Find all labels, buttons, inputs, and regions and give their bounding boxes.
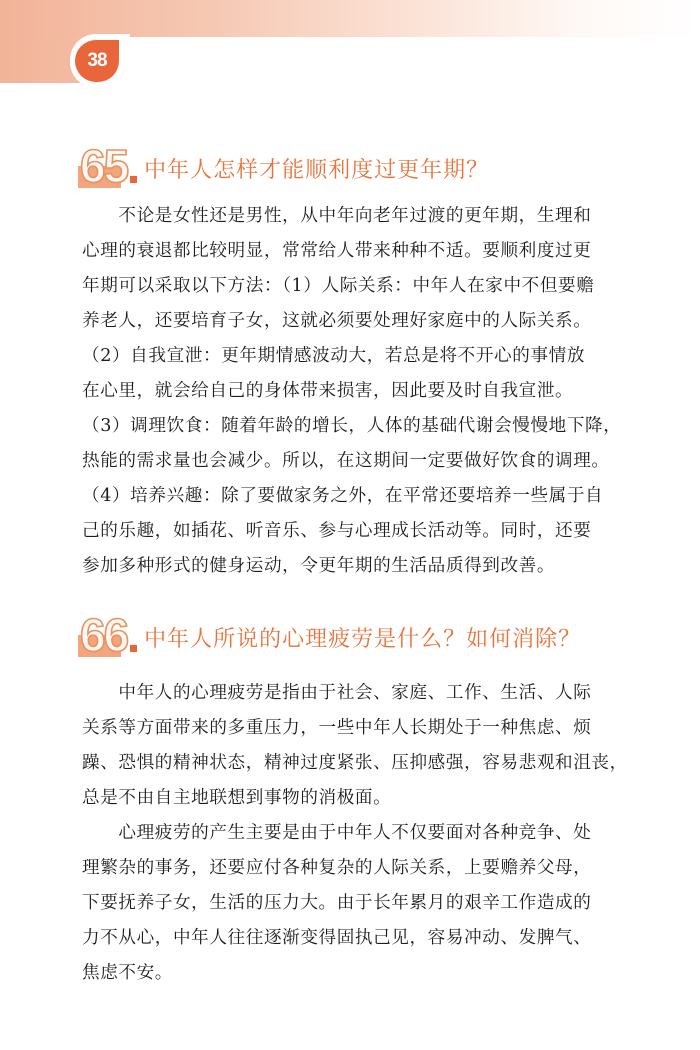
- section-title: 中年人怎样才能顺利度过更年期？: [144, 156, 489, 186]
- section-number: 65: [78, 144, 127, 188]
- section-heading-66: 66 中年人所说的心理疲劳是什么？如何消除？: [78, 611, 581, 657]
- body-line: 下要抚养子女，生活的压力大。由于长年累月的艰辛工作造成的: [82, 886, 614, 921]
- body-line: 力不从心，中年人往往逐渐变得固执己见，容易冲动、发脾气、: [82, 921, 614, 956]
- header-band: [0, 0, 700, 37]
- section-number-block: 66: [78, 613, 127, 657]
- body-line: 参加多种形式的健身运动，令更年期的生活品质得到改善。: [82, 549, 614, 584]
- body-line: 焦虑不安。: [82, 956, 614, 991]
- section-heading-65: 65 中年人怎样才能顺利度过更年期？: [78, 142, 489, 188]
- section-number-dot-icon: [129, 644, 138, 653]
- section-number: 66: [78, 613, 127, 657]
- section-body-66: 中年人的心理疲劳是指由于社会、家庭、工作、生活、人际 关系等方面带来的多重压力，…: [82, 676, 614, 991]
- body-line: （4）培养兴趣：除了要做家务之外，在平常还要培养一些属于自: [82, 479, 614, 514]
- body-line: 理繁杂的事务，还要应付各种复杂的人际关系，上要赡养父母，: [82, 851, 614, 886]
- section-title: 中年人所说的心理疲劳是什么？如何消除？: [144, 625, 581, 655]
- body-line: 养老人，还要培育子女，这就必须要处理好家庭中的人际关系。: [82, 304, 614, 339]
- page-number: 38: [87, 50, 106, 72]
- section-number-dot-icon: [129, 175, 138, 184]
- body-line: 热能的需求量也会减少。所以，在这期间一定要做好饮食的调理。: [82, 444, 614, 479]
- body-line: 躁、恐惧的精神状态，精神过度紧张、压抑感强，容易悲观和沮丧，: [82, 746, 614, 781]
- body-line: 心理的衰退都比较明显，常常给人带来种种不适。要顺利度过更: [82, 234, 614, 269]
- body-line: （3）调理饮食：随着年龄的增长，人体的基础代谢会慢慢地下降，: [82, 409, 614, 444]
- body-line: （2）自我宣泄：更年期情感波动大，若总是将不开心的事情放: [82, 339, 614, 374]
- section-number-block: 65: [78, 144, 127, 188]
- body-line: 己的乐趣，如插花、听音乐、参与心理成长活动等。同时，还要: [82, 514, 614, 549]
- section-body-65: 不论是女性还是男性，从中年向老年过渡的更年期，生理和 心理的衰退都比较明显，常常…: [82, 199, 614, 584]
- body-line: 年期可以采取以下方法：（1）人际关系：中年人在家中不但要赡: [82, 269, 614, 304]
- body-line: 中年人的心理疲劳是指由于社会、家庭、工作、生活、人际: [82, 676, 614, 711]
- body-line: 在心里，就会给自己的身体带来损害，因此要及时自我宣泄。: [82, 374, 614, 409]
- body-line: 总是不由自主地联想到事物的消极面。: [82, 781, 614, 816]
- body-line: 不论是女性还是男性，从中年向老年过渡的更年期，生理和: [82, 199, 614, 234]
- body-line: 心理疲劳的产生主要是由于中年人不仅要面对各种竞争、处: [82, 816, 614, 851]
- page-number-badge: 38: [75, 40, 119, 82]
- body-line: 关系等方面带来的多重压力，一些中年人长期处于一种焦虑、烦: [82, 711, 614, 746]
